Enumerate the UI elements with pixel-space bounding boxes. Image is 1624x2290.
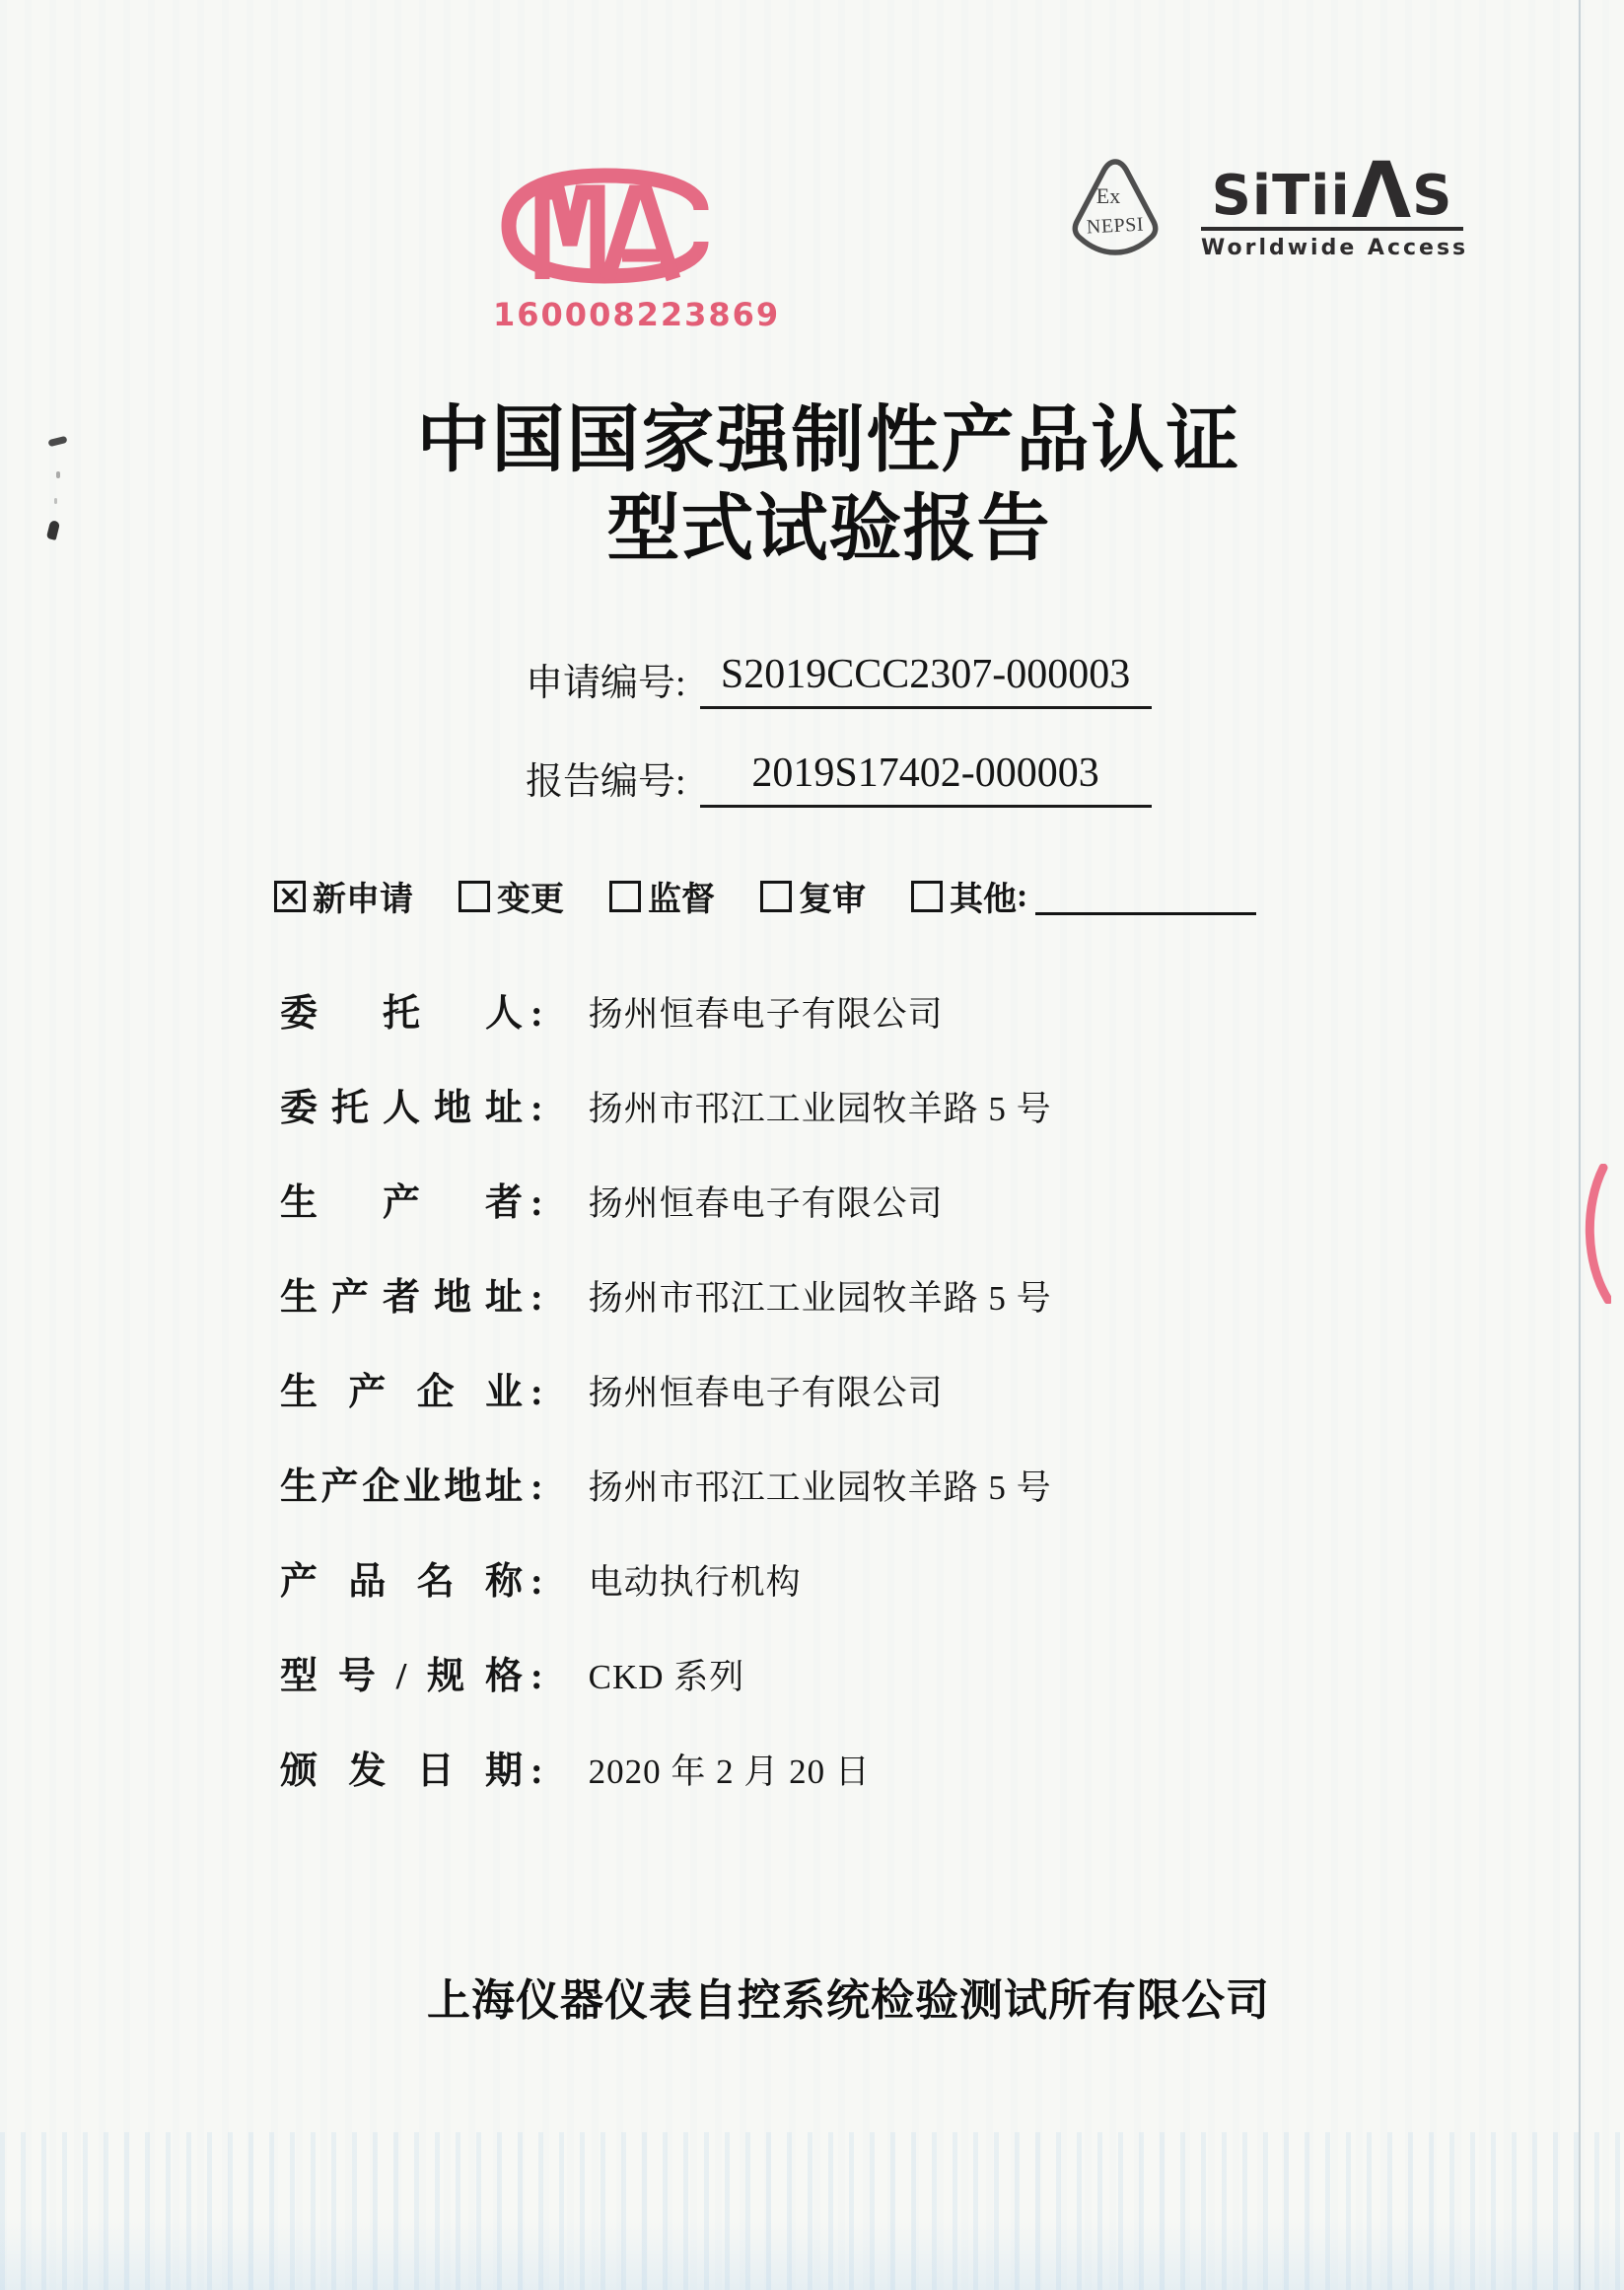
field-colon: : bbox=[530, 1087, 543, 1130]
field-label: 生产者 bbox=[280, 1181, 523, 1225]
report-number-colon: : bbox=[675, 761, 686, 803]
document-title-line1: 中国国家强制性产品认证 bbox=[17, 399, 1624, 482]
field-value: 扬州恒春电子有限公司 bbox=[589, 993, 944, 1037]
field-row-issue-date: 颁发日期: 2020 年 2 月 20 日 bbox=[280, 1750, 1365, 1794]
option-review: 复审 bbox=[760, 872, 866, 920]
field-label: 颁发日期 bbox=[280, 1750, 523, 1793]
application-number-label: 申请编号: bbox=[526, 658, 686, 709]
issuing-organization: 上海仪器仪表自控系统检验测试所有限公司 bbox=[36, 1975, 1624, 2027]
certificate-fields: 委托人: 扬州恒春电子有限公司 委托人地址: 扬州市邗江工业园牧羊路 5 号 生… bbox=[280, 992, 1365, 1844]
option-label: 复审 bbox=[799, 872, 866, 920]
option-label: 变更 bbox=[497, 872, 564, 920]
field-label: 委托人地址 bbox=[280, 1087, 523, 1130]
field-colon: : bbox=[530, 1560, 543, 1604]
application-number-colon: : bbox=[675, 663, 686, 704]
option-label: 监督 bbox=[648, 872, 715, 920]
nepsi-ex-text: Ex bbox=[1096, 183, 1120, 208]
field-value: 扬州恒春电子有限公司 bbox=[589, 1372, 944, 1415]
sitiias-lambda-glyph: Λ bbox=[1352, 161, 1411, 224]
sitiias-logo: SiTii Λ S Worldwide Access bbox=[1201, 161, 1463, 260]
field-value: 扬州恒春电子有限公司 bbox=[589, 1182, 944, 1226]
field-colon: : bbox=[530, 1655, 543, 1698]
option-label: 新申请 bbox=[313, 872, 413, 920]
field-label: 生产者地址 bbox=[280, 1276, 523, 1320]
application-number-value: S2019CCC2307-000003 bbox=[700, 649, 1152, 709]
field-colon: : bbox=[530, 1466, 543, 1509]
scan-edge-line bbox=[1579, 0, 1581, 2290]
option-supervision: 监督 bbox=[609, 872, 715, 920]
sitiias-wordmark-left: SiTii bbox=[1212, 169, 1351, 224]
checkbox-checked-icon: × bbox=[274, 881, 306, 912]
option-other: 其他: bbox=[911, 872, 1256, 920]
ink-smudge bbox=[54, 498, 57, 504]
field-label: 型号/规格 bbox=[280, 1655, 523, 1698]
cma-logo-icon bbox=[496, 164, 714, 288]
checkbox-empty-icon bbox=[760, 881, 792, 912]
option-label: 其他 bbox=[950, 872, 1017, 920]
field-colon: : bbox=[530, 1371, 543, 1414]
checkbox-empty-icon bbox=[459, 881, 490, 912]
report-number-label: 报告编号: bbox=[526, 756, 686, 808]
field-row-manufacturer: 生产企业: 扬州恒春电子有限公司 bbox=[280, 1371, 1365, 1415]
cma-stamp: 160008223869 bbox=[493, 164, 716, 333]
field-value: 扬州市邗江工业园牧羊路 5 号 bbox=[589, 1088, 1052, 1131]
nepsi-name-text: NEPSI bbox=[1086, 213, 1144, 238]
cma-certificate-number: 160008223869 bbox=[493, 296, 716, 333]
option-change: 变更 bbox=[459, 872, 564, 920]
application-type-row: × 新申请 变更 监督 复审 其他: bbox=[274, 872, 1256, 920]
option-other-colon: : bbox=[1017, 878, 1027, 915]
report-number-value: 2019S17402-000003 bbox=[700, 748, 1152, 808]
field-row-product-name: 产品名称: 电动执行机构 bbox=[280, 1560, 1365, 1605]
field-row-manufacturer-address: 生产企业地址: 扬州市邗江工业园牧羊路 5 号 bbox=[280, 1466, 1365, 1510]
report-number-row: 报告编号: 2019S17402-000003 bbox=[526, 748, 1152, 808]
field-value: 扬州市邗江工业园牧羊路 5 号 bbox=[589, 1277, 1052, 1321]
document-title-line2: 型式试验报告 bbox=[17, 488, 1624, 571]
field-colon: : bbox=[530, 992, 543, 1036]
ink-smudge bbox=[56, 471, 60, 478]
sitiias-tagline: Worldwide Access bbox=[1201, 236, 1463, 260]
field-label: 产品名称 bbox=[280, 1560, 523, 1604]
application-number-label-text: 申请编号 bbox=[526, 663, 675, 704]
field-value: 电动执行机构 bbox=[589, 1561, 802, 1605]
field-row-consignor-address: 委托人地址: 扬州市邗江工业园牧羊路 5 号 bbox=[280, 1087, 1365, 1131]
scan-texture-bottom bbox=[0, 2132, 1624, 2290]
nepsi-ex-logo-icon: Ex NEPSI bbox=[1065, 155, 1165, 263]
application-number-row: 申请编号: S2019CCC2307-000003 bbox=[526, 649, 1152, 709]
sitiias-wordmark: SiTii Λ S bbox=[1201, 161, 1463, 224]
field-row-producer: 生产者: 扬州恒春电子有限公司 bbox=[280, 1181, 1365, 1226]
field-colon: : bbox=[530, 1750, 543, 1793]
option-new-application: × 新申请 bbox=[274, 872, 413, 920]
field-value: 扬州市邗江工业园牧羊路 5 号 bbox=[589, 1467, 1052, 1510]
field-label: 生产企业 bbox=[280, 1371, 523, 1414]
red-seal-fragment bbox=[1576, 1164, 1611, 1304]
field-colon: : bbox=[530, 1181, 543, 1225]
field-colon: : bbox=[530, 1276, 543, 1320]
field-value: CKD 系列 bbox=[589, 1656, 745, 1699]
checkbox-empty-icon bbox=[609, 881, 641, 912]
checkbox-empty-icon bbox=[911, 881, 943, 912]
scanned-certificate-page: 160008223869 Ex NEPSI SiTii Λ S Worldwid… bbox=[0, 0, 1624, 2290]
sitiias-wordmark-right: S bbox=[1412, 169, 1452, 224]
report-number-label-text: 报告编号 bbox=[526, 761, 675, 803]
field-row-consignor: 委托人: 扬州恒春电子有限公司 bbox=[280, 992, 1365, 1037]
other-blank-line bbox=[1035, 877, 1256, 915]
field-row-producer-address: 生产者地址: 扬州市邗江工业园牧羊路 5 号 bbox=[280, 1276, 1365, 1321]
field-label: 委托人 bbox=[280, 992, 523, 1036]
field-value: 2020 年 2 月 20 日 bbox=[589, 1751, 871, 1794]
document-title: 中国国家强制性产品认证 型式试验报告 bbox=[17, 399, 1624, 571]
field-label: 生产企业地址 bbox=[280, 1466, 523, 1509]
field-row-model-spec: 型号/规格: CKD 系列 bbox=[280, 1655, 1365, 1699]
